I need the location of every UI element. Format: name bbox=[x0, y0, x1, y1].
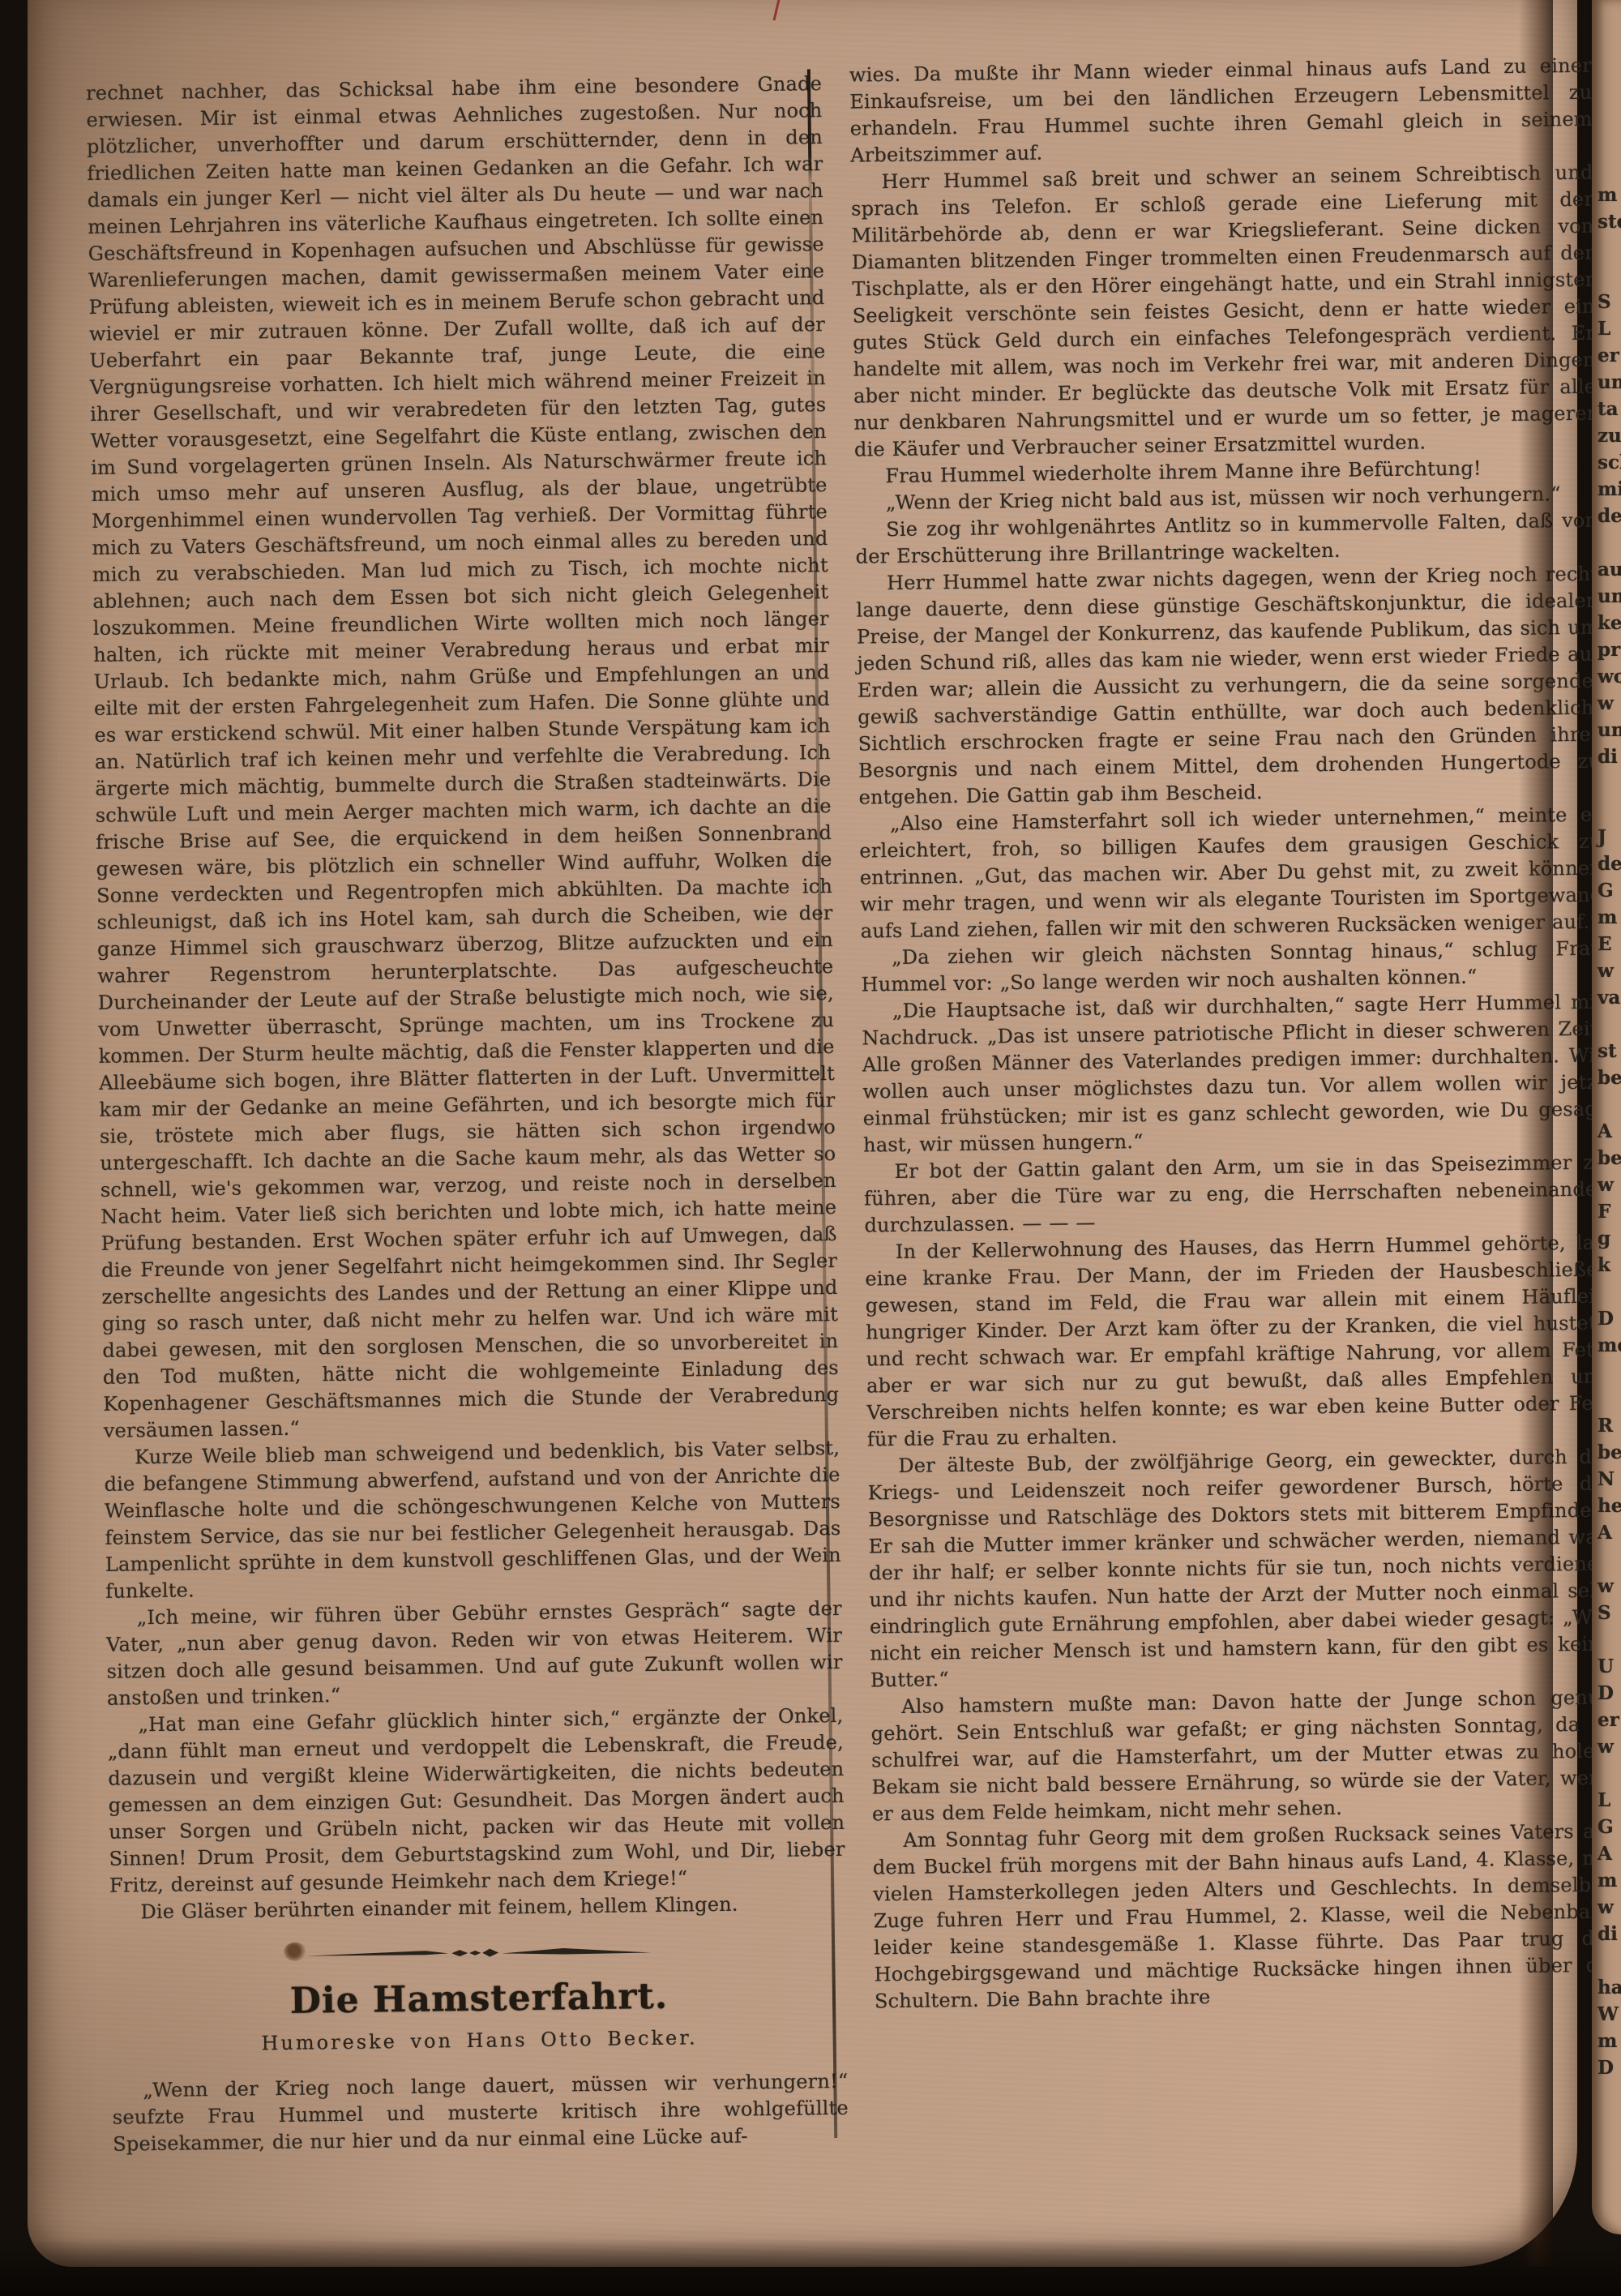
text-fragment: un bbox=[1597, 583, 1621, 610]
text-fragment: de bbox=[1597, 850, 1621, 877]
right-column-paragraphs: wies. Da mußte ihr Mann wieder einmal hi… bbox=[849, 53, 1617, 2015]
text-fragment: au bbox=[1597, 556, 1621, 583]
text-fragment: w bbox=[1597, 1733, 1621, 1760]
text-fragment: m bbox=[1597, 182, 1621, 208]
paragraph: Herr Hummel hatte zwar nichts dagegen, w… bbox=[856, 561, 1602, 812]
text-fragment: zu bbox=[1597, 422, 1621, 449]
text-fragment: pr bbox=[1597, 636, 1621, 663]
text-fragment: be bbox=[1597, 1064, 1621, 1091]
text-fragment: D bbox=[1597, 1680, 1621, 1707]
text-fragment: st bbox=[1597, 1038, 1621, 1064]
right-column: wies. Da mußte ihr Mann wieder einmal hi… bbox=[849, 53, 1617, 2015]
text-fragment: W bbox=[1597, 2001, 1621, 2028]
text-fragment: A bbox=[1597, 1840, 1621, 1867]
left-column: rechnet nachher, das Schicksal habe ihm … bbox=[86, 71, 849, 2158]
text-fragment: S bbox=[1597, 289, 1621, 315]
text-fragment bbox=[1597, 1947, 1621, 1974]
text-fragment: g bbox=[1597, 1225, 1621, 1252]
text-fragment: be bbox=[1597, 1145, 1621, 1172]
text-fragment: he bbox=[1597, 1493, 1621, 1519]
story-byline: Humoreske von Hans Otto Becker. bbox=[111, 2024, 847, 2057]
text-fragment: sch bbox=[1597, 449, 1621, 476]
text-fragment: m bbox=[1597, 1867, 1621, 1894]
text-fragment: w bbox=[1597, 957, 1621, 984]
text-fragment: G bbox=[1597, 1814, 1621, 1840]
text-fragment: w bbox=[1597, 1894, 1621, 1921]
text-fragment: S bbox=[1597, 1600, 1621, 1626]
text-fragment: U bbox=[1597, 1653, 1621, 1680]
text-fragment bbox=[1597, 529, 1621, 556]
text-fragment: be bbox=[1597, 1439, 1621, 1466]
next-story: Die Hamsterfahrt. Humoreske von Hans Ott… bbox=[111, 1973, 849, 2158]
text-fragment: ke bbox=[1597, 610, 1621, 636]
text-fragment: w bbox=[1597, 1172, 1621, 1198]
text-fragment bbox=[1597, 262, 1621, 289]
paragraph: Er bot der Gattin galant den Arm, um sie… bbox=[863, 1150, 1606, 1240]
paragraph: In der Kellerwohnung des Hauses, das Her… bbox=[865, 1230, 1610, 1454]
text-fragment bbox=[1597, 1091, 1621, 1118]
text-fragment: un bbox=[1597, 717, 1621, 743]
text-fragment: J bbox=[1597, 824, 1621, 850]
paragraph: rechnet nachher, das Schicksal habe ihm … bbox=[86, 71, 840, 1445]
text-fragment: ha bbox=[1597, 1974, 1621, 2001]
text-fragment: w bbox=[1597, 1573, 1621, 1600]
text-fragment: F bbox=[1597, 1198, 1621, 1225]
text-fragment bbox=[1597, 1279, 1621, 1305]
newspaper-page: rechnet nachher, das Schicksal habe ihm … bbox=[28, 0, 1577, 2267]
paragraph: „Ich meine, wir führen über Gebühr ernst… bbox=[106, 1596, 844, 1712]
text-fragment: er bbox=[1597, 342, 1621, 369]
text-fragment: A bbox=[1597, 1118, 1621, 1145]
text-fragment bbox=[1597, 1626, 1621, 1653]
page-fold-shadow bbox=[1519, 0, 1553, 2267]
text-fragment: mi bbox=[1597, 476, 1621, 503]
text-fragment: me bbox=[1597, 1332, 1621, 1359]
paragraph: Herr Hummel saß breit und schwer an sein… bbox=[850, 160, 1597, 464]
text-fragment: ste bbox=[1597, 208, 1621, 235]
adjacent-page-text-fragments: mste SLeruntazuschmide auunkeprwowundi J… bbox=[1597, 182, 1621, 2081]
text-fragment: L bbox=[1597, 315, 1621, 342]
text-fragment: A bbox=[1597, 1519, 1621, 1546]
paragraph: Also hamstern mußte man: Davon hatte der… bbox=[870, 1684, 1615, 1827]
text-fragment: L bbox=[1597, 1787, 1621, 1814]
text-fragment bbox=[1597, 1011, 1621, 1038]
paragraph: Kurze Weile blieb man schweigend und bed… bbox=[104, 1435, 842, 1605]
text-fragment: w bbox=[1597, 690, 1621, 717]
text-fragment bbox=[1597, 1760, 1621, 1787]
text-fragment bbox=[1597, 1359, 1621, 1386]
text-fragment bbox=[1597, 235, 1621, 262]
story-divider-flourish bbox=[304, 1943, 652, 1963]
scan-tilt-wrapper: rechnet nachher, das Schicksal habe ihm … bbox=[15, 0, 1595, 2277]
text-fragment: N bbox=[1597, 1466, 1621, 1493]
text-fragment bbox=[1597, 797, 1621, 824]
text-fragment: G bbox=[1597, 877, 1621, 904]
red-paper-fiber bbox=[772, 0, 781, 21]
bottom-edge-shadow bbox=[0, 2239, 1621, 2296]
adjacent-page-sliver: mste SLeruntazuschmide auunkeprwowundi J… bbox=[1592, 0, 1621, 2234]
paragraph: „Wenn der Krieg noch lange dauert, müsse… bbox=[112, 2068, 849, 2158]
paragraph: „Die Hauptsache ist, daß wir durchhalten… bbox=[862, 989, 1606, 1159]
story-end-paragraphs: rechnet nachher, das Schicksal habe ihm … bbox=[86, 71, 846, 1926]
text-fragment: va bbox=[1597, 984, 1621, 1011]
paragraph: „Da ziehen wir gleich nächsten Sonntag h… bbox=[861, 936, 1604, 999]
text-fragment: wo bbox=[1597, 663, 1621, 690]
text-fragment: m bbox=[1597, 2028, 1621, 2054]
text-fragment bbox=[1597, 1386, 1621, 1412]
paragraph: wies. Da mußte ihr Mann wieder einmal hi… bbox=[849, 53, 1593, 169]
text-fragment: un bbox=[1597, 369, 1621, 396]
text-fragment: di bbox=[1597, 743, 1621, 770]
text-fragment: D bbox=[1597, 2054, 1621, 2081]
paragraph: Am Sonntag fuhr Georg mit dem großen Ruc… bbox=[872, 1818, 1617, 2015]
paragraph: „Also eine Hamsterfahrt soll ich wieder … bbox=[859, 802, 1603, 945]
text-fragment: D bbox=[1597, 1305, 1621, 1332]
text-fragment: E bbox=[1597, 931, 1621, 957]
text-fragment bbox=[1597, 770, 1621, 797]
text-fragment: R bbox=[1597, 1412, 1621, 1439]
text-fragment: di bbox=[1597, 1921, 1621, 1947]
text-fragment: m bbox=[1597, 904, 1621, 931]
story-title: Die Hamsterfahrt. bbox=[111, 1973, 848, 2024]
text-fragment: er bbox=[1597, 1707, 1621, 1733]
text-fragment: de bbox=[1597, 503, 1621, 529]
paragraph: Sie zog ihr wohlgenährtes Antlitz so in … bbox=[855, 508, 1598, 571]
text-fragment: ta bbox=[1597, 396, 1621, 422]
text-fragment bbox=[1597, 1546, 1621, 1573]
paragraph: „Hat man eine Gefahr glücklich hinter si… bbox=[107, 1703, 845, 1900]
story-opening-paragraphs: „Wenn der Krieg noch lange dauert, müsse… bbox=[112, 2068, 849, 2158]
text-fragment: k bbox=[1597, 1252, 1621, 1279]
paragraph: Der älteste Bub, der zwölfjährige Georg,… bbox=[867, 1444, 1613, 1694]
